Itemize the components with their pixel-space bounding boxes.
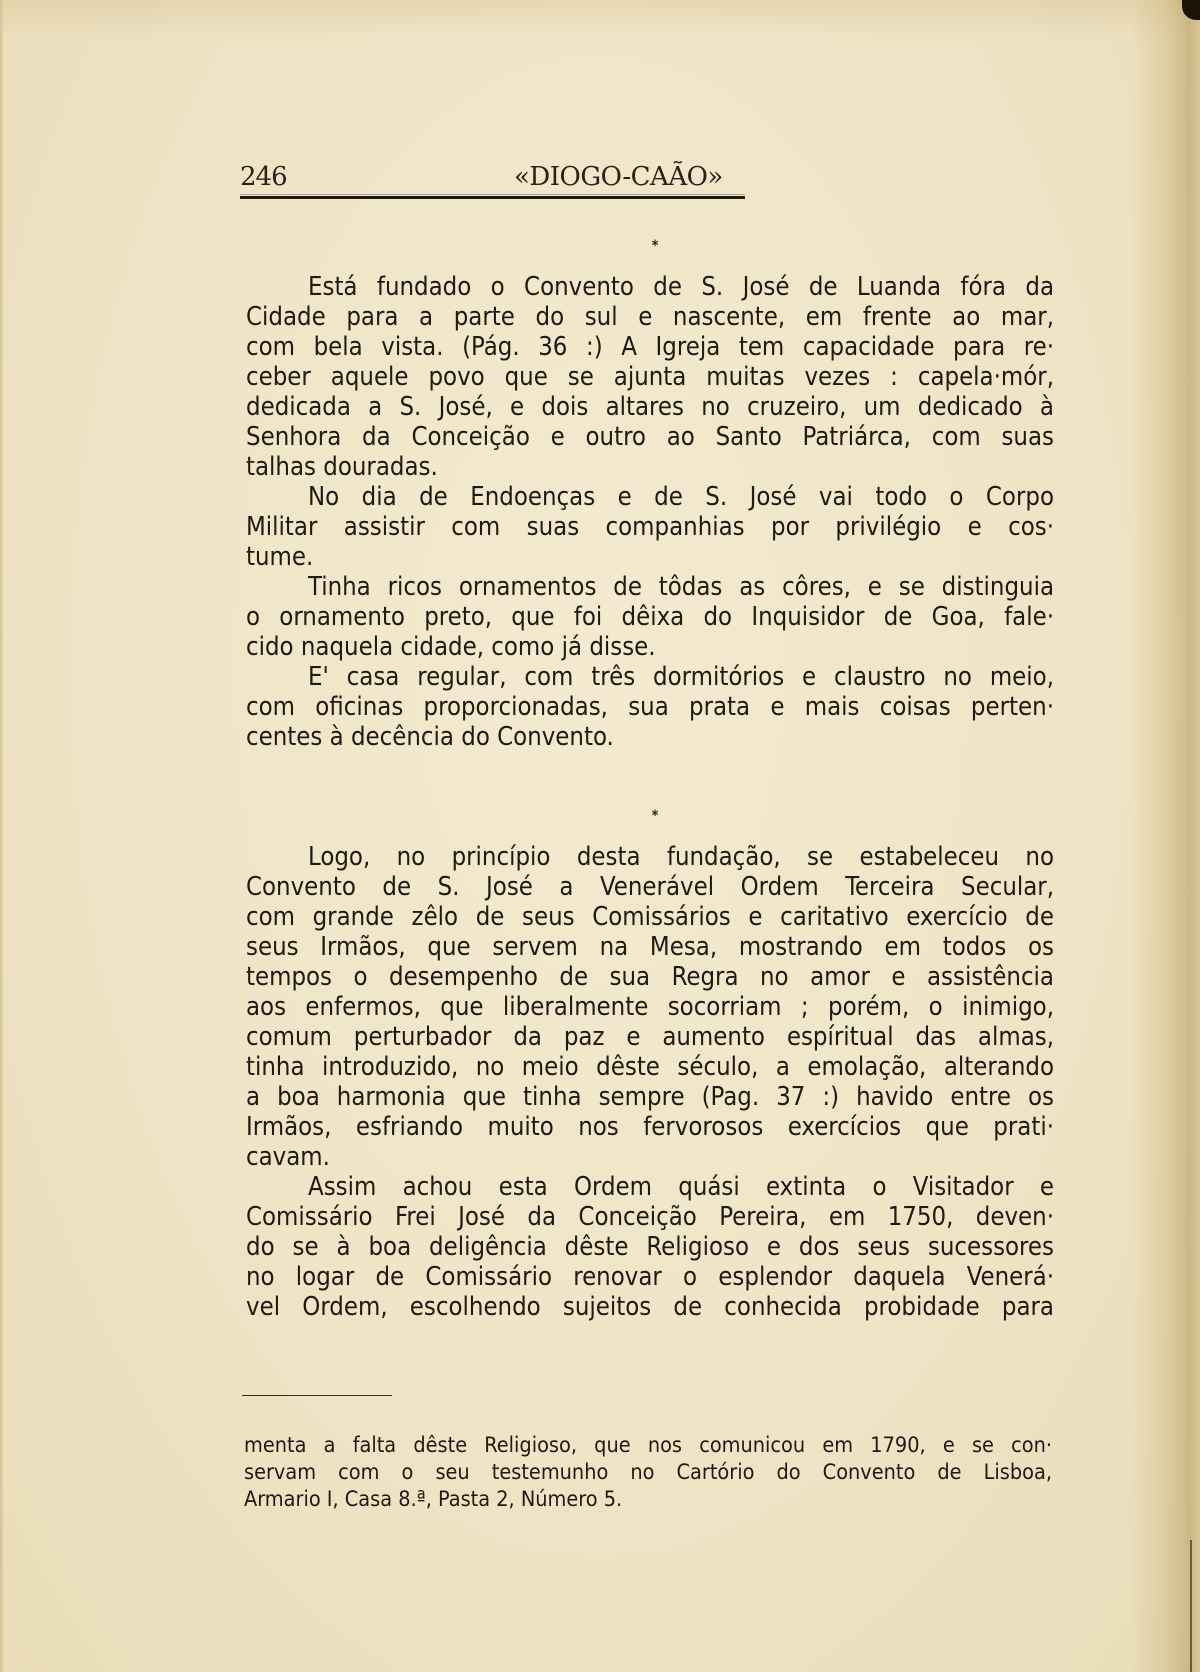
section-2-text: Logo, no princípio desta fundação, se es… bbox=[246, 842, 1054, 1322]
text-line: ceber aquele povo que se ajunta muitas v… bbox=[246, 362, 1054, 392]
page-edge-left bbox=[0, 0, 4, 1672]
text-line: No dia de Endoenças e de S. José vai tod… bbox=[246, 482, 1054, 512]
page-edge-line bbox=[1190, 1540, 1192, 1672]
footnote-line: menta a falta dêste Religioso, que nos c… bbox=[244, 1432, 1052, 1459]
text-line: Está fundado o Convento de S. José de Lu… bbox=[246, 272, 1054, 302]
text-line: no logar de Comissário renovar o esplend… bbox=[246, 1262, 1054, 1292]
text-line: centes à decência do Convento. bbox=[246, 722, 1054, 752]
text-line: aos enfermos, que liberalmente socorriam… bbox=[246, 992, 1054, 1022]
paragraph: Tinha ricos ornamentos de tôdas as côres… bbox=[246, 572, 1054, 662]
text-line: Logo, no princípio desta fundação, se es… bbox=[246, 842, 1054, 872]
text-line: tume. bbox=[246, 542, 1054, 572]
text-line: tempos o desempenho de sua Regra no amor… bbox=[246, 962, 1054, 992]
section-ornament: * bbox=[645, 238, 665, 254]
text-line: dedicada a S. José, e dois altares no cr… bbox=[246, 392, 1054, 422]
text-line: cido naquela cidade, como já disse. bbox=[246, 632, 1054, 662]
text-line: Militar assistir com suas companhias por… bbox=[246, 512, 1054, 542]
footnote-line: servam com o seu testemunho no Cartório … bbox=[244, 1459, 1052, 1486]
paragraph: Assim achou esta Ordem quási extinta o V… bbox=[246, 1172, 1054, 1322]
page-background bbox=[0, 0, 1200, 1672]
text-line: cavam. bbox=[246, 1142, 1054, 1172]
paragraph: E' casa regular, com três dormitórios e … bbox=[246, 662, 1054, 752]
running-title: «DIOGO-CAÃO» bbox=[514, 162, 723, 192]
page-gutter-shadow bbox=[1130, 0, 1200, 1672]
footnote-rule bbox=[242, 1395, 392, 1396]
text-line: Tinha ricos ornamentos de tôdas as côres… bbox=[246, 572, 1054, 602]
section-ornament: * bbox=[645, 808, 665, 824]
text-line: o ornamento preto, que foi dêixa do Inqu… bbox=[246, 602, 1054, 632]
text-line: talhas douradas. bbox=[246, 452, 1054, 482]
text-line: Cidade para a parte do sul e nascente, e… bbox=[246, 302, 1054, 332]
text-line: com grande zêlo de seus Comissários e ca… bbox=[246, 902, 1054, 932]
text-line: seus Irmãos, que servem na Mesa, mostran… bbox=[246, 932, 1054, 962]
paragraph: Está fundado o Convento de S. José de Lu… bbox=[246, 272, 1054, 482]
text-line: com oficinas proporcionadas, sua prata e… bbox=[246, 692, 1054, 722]
footnote-line: Armario I, Casa 8.ª, Pasta 2, Número 5. bbox=[244, 1486, 1052, 1513]
text-line: Comissário Frei José da Conceição Pereir… bbox=[246, 1202, 1054, 1232]
text-line: Assim achou esta Ordem quási extinta o V… bbox=[246, 1172, 1054, 1202]
text-line: do se à boa deligência dêste Religioso e… bbox=[246, 1232, 1054, 1262]
page-number: 246 bbox=[240, 162, 287, 192]
text-line: E' casa regular, com três dormitórios e … bbox=[246, 662, 1054, 692]
text-line: comum perturbador da paz e aumento espír… bbox=[246, 1022, 1054, 1052]
footnote: menta a falta dêste Religioso, que nos c… bbox=[244, 1432, 1052, 1513]
text-line: vel Ordem, escolhendo sujeitos de conhec… bbox=[246, 1292, 1054, 1322]
page-shadow-top bbox=[0, 0, 1200, 40]
header-rule-thin bbox=[240, 194, 745, 195]
text-line: Irmãos, esfriando muito nos fervorosos e… bbox=[246, 1112, 1054, 1142]
text-line: com bela vista. (Pág. 36 :) A Igreja tem… bbox=[246, 332, 1054, 362]
text-line: Convento de S. José a Venerável Ordem Te… bbox=[246, 872, 1054, 902]
text-line: Senhora da Conceição e outro ao Santo Pa… bbox=[246, 422, 1054, 452]
paragraph: No dia de Endoenças e de S. José vai tod… bbox=[246, 482, 1054, 572]
paragraph: Logo, no princípio desta fundação, se es… bbox=[246, 842, 1054, 1172]
text-line: tinha introduzido, no meio dêste século,… bbox=[246, 1052, 1054, 1082]
text-line: a boa harmonia que tinha sempre (Pag. 37… bbox=[246, 1082, 1054, 1112]
section-1-text: Está fundado o Convento de S. José de Lu… bbox=[246, 272, 1054, 752]
header-rule bbox=[240, 196, 745, 199]
